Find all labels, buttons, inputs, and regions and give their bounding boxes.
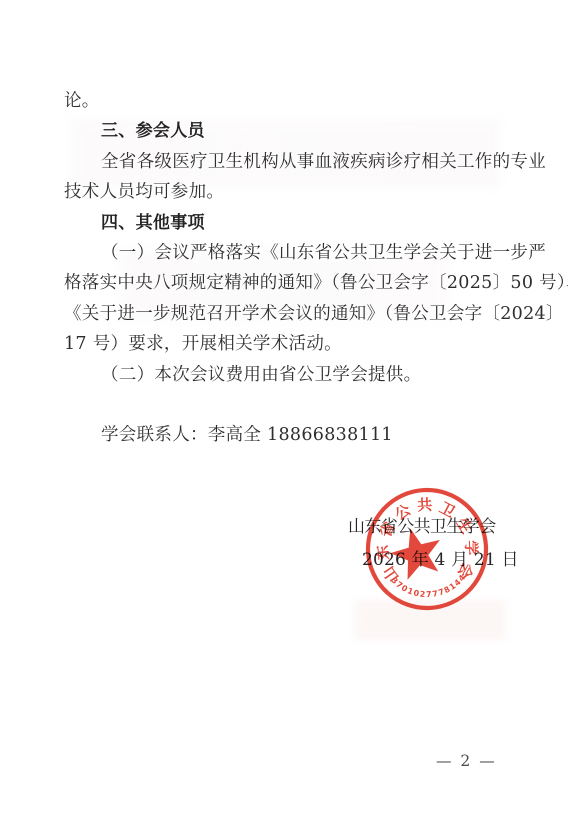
document-body: 论。三、参会人员全省各级医疗卫生机构从事血液疾病诊疗相关工作的专业技术人员均可参… bbox=[64, 86, 514, 451]
text-line: 论。 bbox=[64, 86, 514, 116]
seal-graphic: 山东省公共卫生学会 3701027778144 bbox=[351, 473, 502, 624]
seal-ring-char: 卫 bbox=[436, 499, 458, 522]
seal-ring-char: 东 bbox=[374, 544, 393, 560]
seal-ring-char: 共 bbox=[417, 496, 433, 515]
text-line: （二）本次会议费用由省公卫学会提供。 bbox=[64, 360, 514, 390]
text-line bbox=[64, 390, 514, 420]
page-number: — 2 — bbox=[436, 752, 497, 770]
text-line: 17 号）要求，开展相关学术活动。 bbox=[64, 329, 514, 359]
document-page: 论。三、参会人员全省各级医疗卫生机构从事血液疾病诊疗相关工作的专业技术人员均可参… bbox=[0, 0, 568, 821]
section-heading: 四、其他事项 bbox=[64, 208, 514, 238]
official-seal-stamp: 山东省公共卫生学会 3701027778144 bbox=[351, 473, 502, 624]
section-heading: 三、参会人员 bbox=[64, 116, 514, 146]
seal-ring-char: 省 bbox=[376, 519, 399, 540]
text-line: 《关于进一步规范召开学术会议的通知》（鲁公卫会字〔2024〕 bbox=[64, 299, 514, 329]
text-line: 全省各级医疗卫生机构从事血液疾病诊疗相关工作的专业 bbox=[64, 147, 514, 177]
seal-ring-char: 学 bbox=[462, 540, 480, 555]
text-line: 格落实中央八项规定精神的通知》（鲁公卫会字〔2025〕50 号）、 bbox=[64, 268, 514, 298]
text-line: 学会联系人：李高全 18866838111 bbox=[64, 420, 514, 450]
seal-ring-char: 生 bbox=[453, 515, 476, 537]
seal-ring-char: 公 bbox=[392, 500, 415, 524]
text-line: 技术人员均可参加。 bbox=[64, 177, 514, 207]
text-line: （一）会议严格落实《山东省公共卫生学会关于进一步严 bbox=[64, 238, 514, 268]
